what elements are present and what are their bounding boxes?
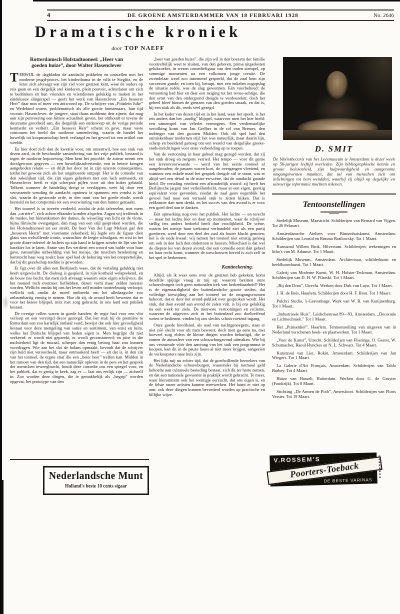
photo-desk <box>283 130 392 140</box>
right-column: D. SMIT De bibliothecaris van het Leesmu… <box>272 57 396 449</box>
scan-smudge <box>2 295 9 310</box>
obituary-text: De bibliothecaris van het Leesmuseum te … <box>273 157 395 187</box>
ad-rossem-brand: V.ROSSEM'S <box>274 456 321 464</box>
photo-face <box>326 71 348 99</box>
exhibition-item: Stedelijk Museum, Maastricht. Schilderij… <box>272 219 396 229</box>
scan-edge-left-bottom <box>0 480 4 614</box>
photo-caption: D. SMIT <box>272 144 396 154</box>
article-paragraph: TERWIJL de dagbladen de aandacht prikkel… <box>10 73 143 146</box>
portrait-photo <box>283 57 392 140</box>
exhibition-item: Huize van Hasselt, Rotterdam. Werken doo… <box>272 377 396 387</box>
page-header: 4 DE GROENE AMSTERDAMMER VAN 18 FEBRUARI… <box>47 11 394 19</box>
exhibition-item: Kunstzaal van Lier, Rokin, Amsterdam. Sc… <box>272 351 396 361</box>
ad-rossem: V.ROSSEM'S Poorters-Toeback DE BESTE VAR… <box>270 453 378 487</box>
article-title: Dramatische kroniek <box>10 23 266 41</box>
exhibition-item: J. H. de Bois, Haarlem. Schilderijen doo… <box>272 291 396 296</box>
subheading-kantteekening: Kantteekening. <box>149 264 253 270</box>
exhibitions-heading: Tentoonstellingen <box>272 200 396 210</box>
ad-rossem-tagline: DE BESTE VARINAS <box>324 477 373 483</box>
exhibition-item: La Galerie d'Art Français, Amsterdam. Sc… <box>272 364 396 374</box>
exhibition-item: „Voor de Kunst”, Utrecht. Schilderijen v… <box>272 338 396 348</box>
masthead-title: DE GROENE AMSTERDAMMER VAN 18 FEBRUARI 1… <box>77 13 349 19</box>
drop-cap: T <box>10 73 19 84</box>
article-paragraph: Eén opmerking nog over het publiek. Het … <box>149 212 265 261</box>
exhibition-item: „Industrieele Huis”, Leidschestraat 89—9… <box>272 312 396 322</box>
byline-prefix: door <box>111 46 121 52</box>
article-paragraph: En hier doet zich dan de kwestie voor, o… <box>10 147 143 205</box>
exhibition-item: Galerij van Moderne Kunst, W. H. Holster… <box>272 270 396 280</box>
article-body-col2-top: „heer van goeden huize”, die zijn wil in… <box>149 57 265 260</box>
column-end-rule <box>10 459 149 460</box>
exhibition-item: Amsterdamsche Ateliers voor Binnenhuisku… <box>272 232 396 242</box>
article-paragraph: Altijd, als ik weer eens over de grenzen… <box>149 273 265 322</box>
exhibitions-list: Stedelijk Museum, Maastricht. Schilderij… <box>272 219 396 400</box>
scan-edge-top <box>33 0 400 2</box>
byline-author: TOP NAEFF <box>124 45 164 52</box>
ad-nederlandsche-munt: Nederlandsche Munt Holland's beste 10 ce… <box>43 466 149 495</box>
article-heading: Rotterdamsch Hofstadtooneel: „Heer van g… <box>10 57 143 69</box>
ornament-divider <box>321 212 348 213</box>
article-column-2: „heer van goeden huize”, die zijn wil in… <box>149 57 265 507</box>
exhibition-item: Het „Prinsenhof”, Haarlem. Tentoonstelli… <box>272 325 396 335</box>
page-number: 4 <box>47 11 77 19</box>
article-body-col1: TERWIJL de dagbladen de aandacht prikkel… <box>10 73 143 385</box>
article-paragraph: Het lijkt mij nu echter tijd, dat de goe… <box>149 358 265 397</box>
header-rule-bottom <box>47 20 394 21</box>
ad-munt-title: Nederlandsche Munt <box>45 471 148 483</box>
exhibition-item: Kunstzaal Willem Brok, Hilversum. Schild… <box>272 245 396 255</box>
article-paragraph: Er ligt over dit alles een Berlijnsch wa… <box>10 266 143 310</box>
exhibition-item: „Bij den Dom”, Utrecht. Werken door Dirk… <box>272 283 396 288</box>
article-title-block: Dramatische kroniek doorTOP NAEFF <box>10 23 266 52</box>
article-paragraph: De overige rollen waren in goede handen;… <box>10 311 143 384</box>
article-paragraph: Het tooneel is in tweeën verdeeld, zooda… <box>10 206 143 264</box>
byline: doorTOP NAEFF <box>10 45 266 53</box>
ad-rossem-product: Poorters-Toeback <box>289 460 359 479</box>
ad-munt-subtitle: Holland's beste 10 cents sigaar <box>45 484 148 489</box>
article-paragraph: Van de vertooning in haar geheel mag gez… <box>149 152 265 210</box>
article-paragraph: Onze goede hoofdstad, als stad van nacht… <box>149 323 265 357</box>
issue-number: No. 2646 <box>349 13 394 19</box>
exhibition-item: Stichting „De Armen de Poth”, Amersfoort… <box>272 390 396 400</box>
article-paragraph: In het kader van dezen tijd en in het la… <box>149 112 265 151</box>
exhibition-item: Pulchri Studio, 's-Gravenhage. Werk van … <box>272 299 396 309</box>
article-column-1: Rotterdamsch Hofstadtooneel: „Heer van g… <box>10 57 143 457</box>
section-rule <box>272 194 396 195</box>
exhibition-item: Stedelijk Museum, Amsterdam. Architectuu… <box>272 257 396 267</box>
article-paragraph: „heer van goeden huize”, die zijn wil in… <box>149 57 265 110</box>
article-body-col2-bottom: Altijd, als ik weer eens over de grenzen… <box>149 273 265 397</box>
newspaper-page: 4 DE GROENE AMSTERDAMMER VAN 18 FEBRUARI… <box>0 0 400 614</box>
